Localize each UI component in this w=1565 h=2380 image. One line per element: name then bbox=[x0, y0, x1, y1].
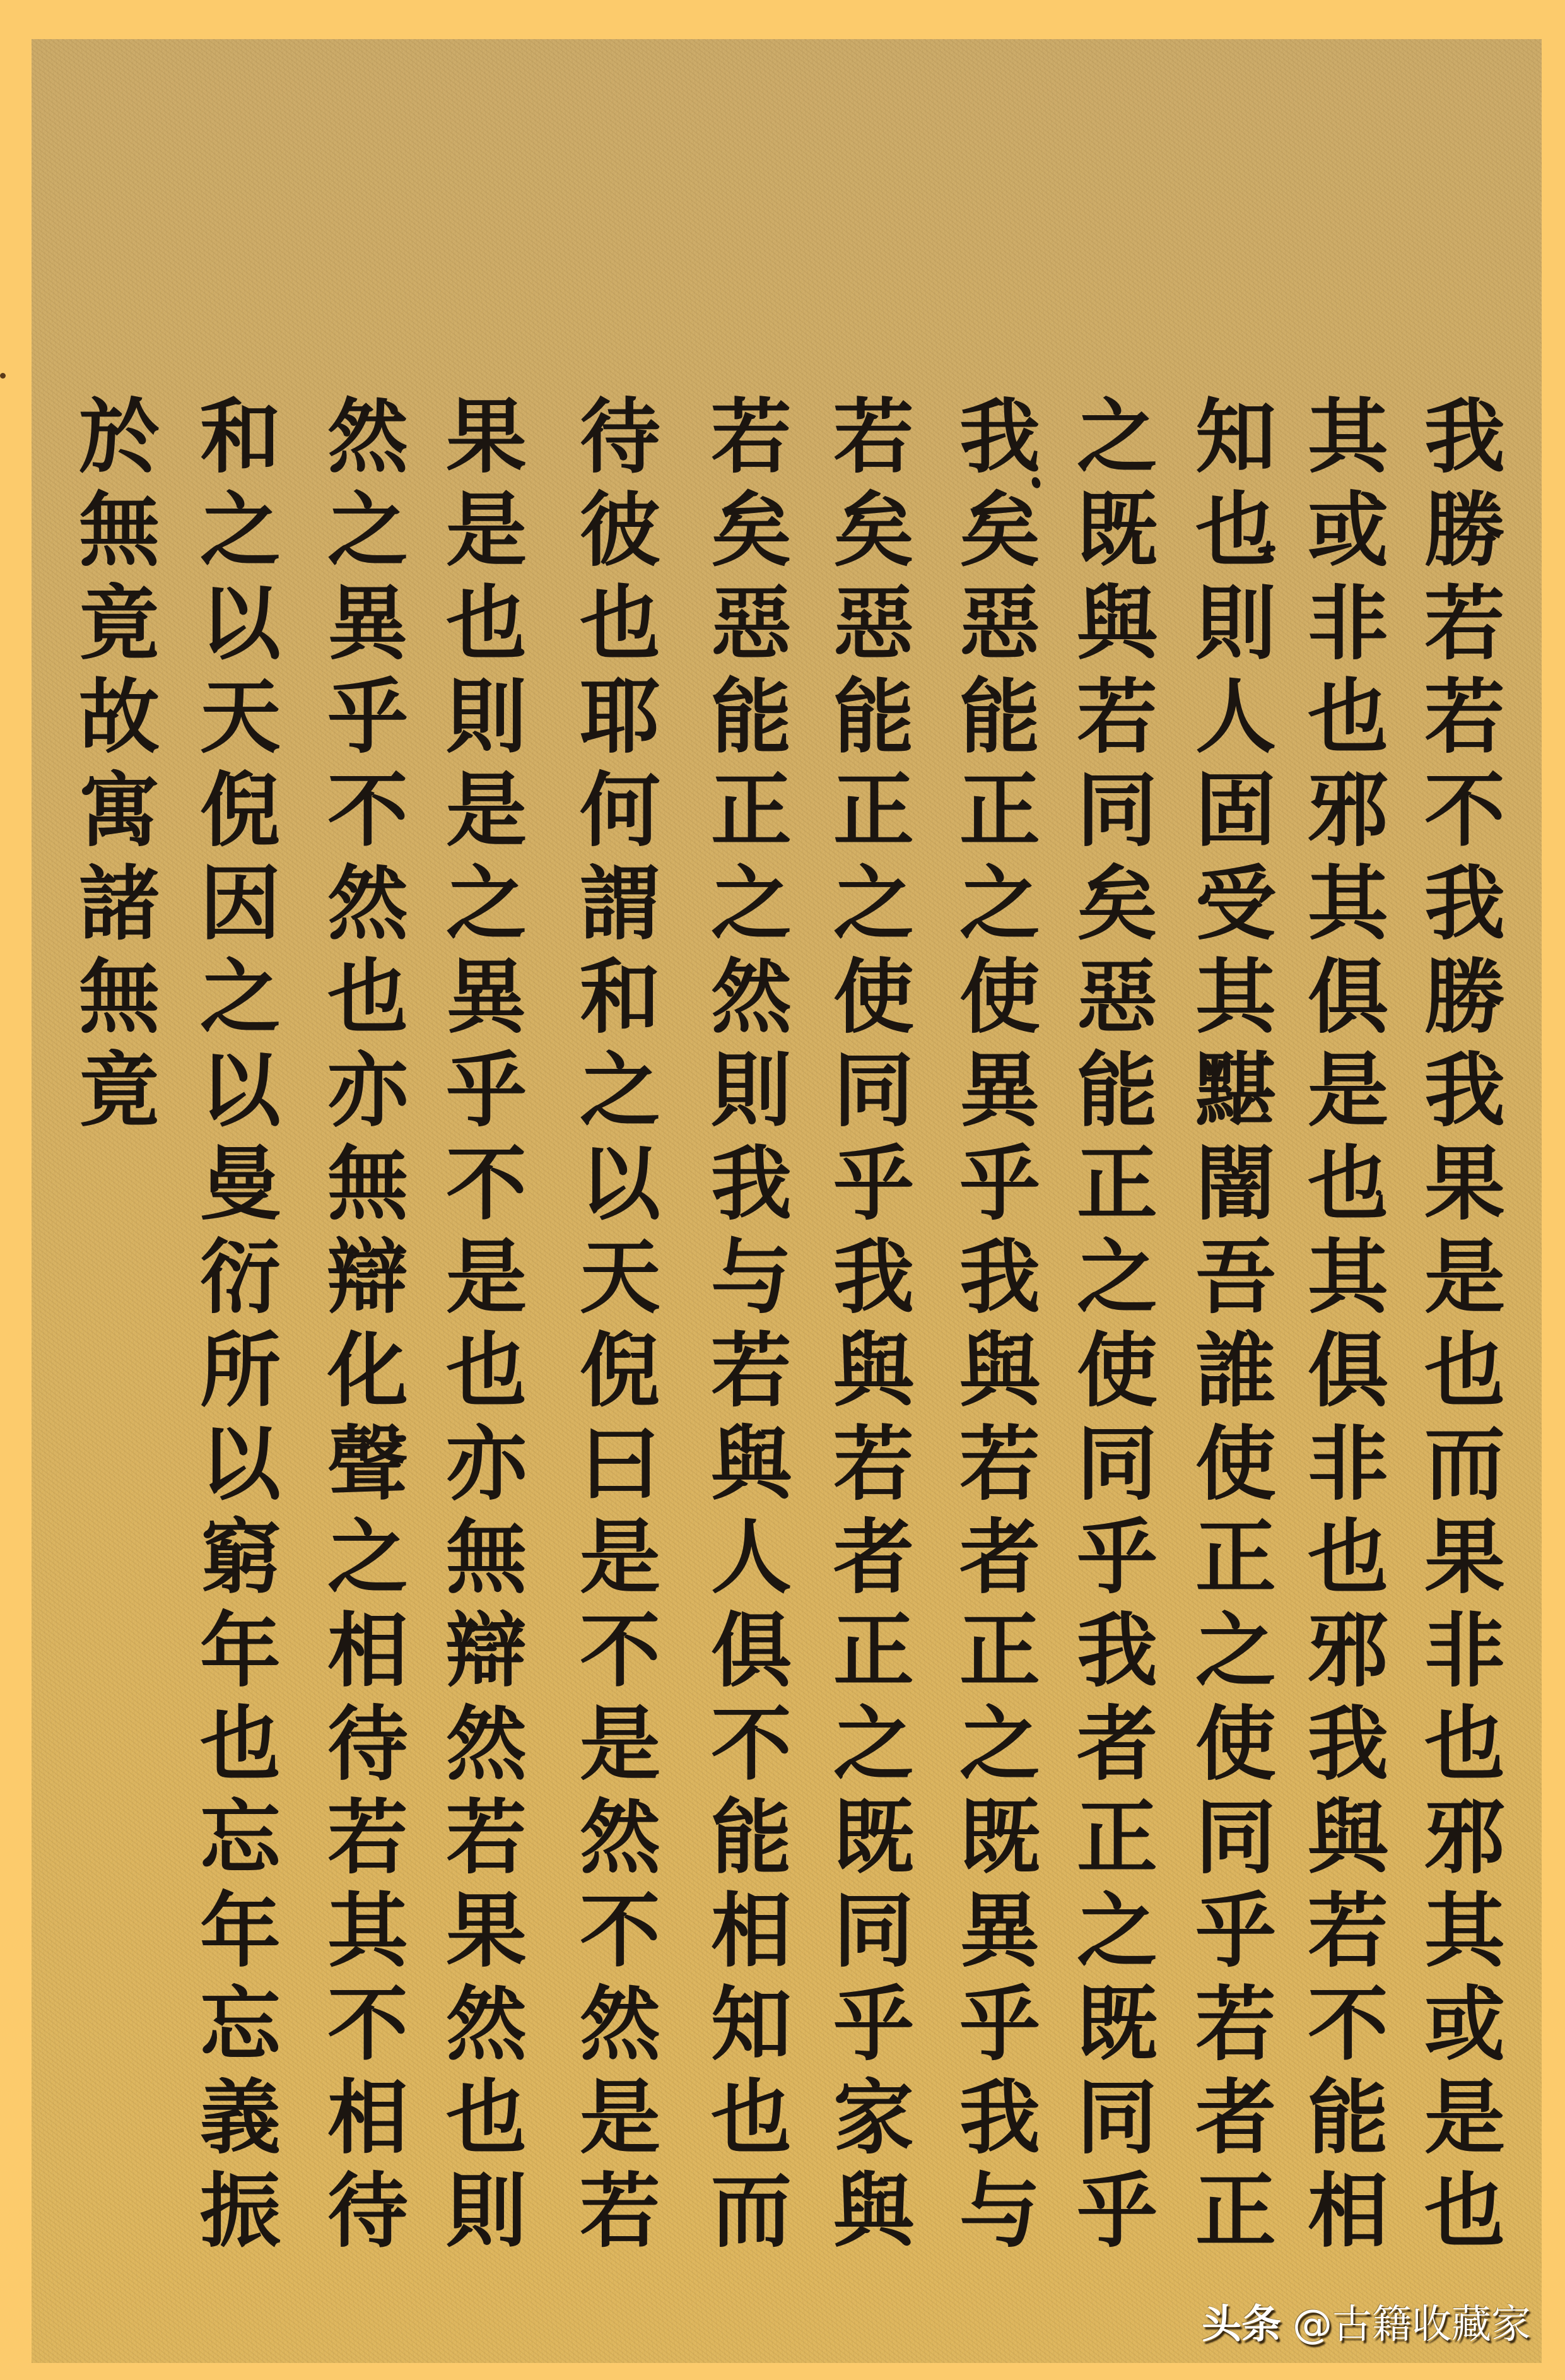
scanned-page: 我勝若若不我勝我果是也而果非也邪其或是也 其或非也邪其俱是也其俱非也邪我與若不能… bbox=[0, 0, 1565, 2380]
text-column-10: 然之異乎不然也亦無辯化聲之相待若其不相待 bbox=[320, 394, 401, 2337]
text-column-1: 我勝若若不我勝我果是也而果非也邪其或是也 bbox=[1417, 394, 1498, 2337]
text-column-7: 若矣惡能正之然則我与若與人俱不能相知也而 bbox=[704, 394, 785, 2337]
watermark-platform: 头条 bbox=[1202, 2301, 1281, 2347]
watermark: 头条@古籍收藏家 bbox=[1202, 2299, 1531, 2350]
text-column-11: 和之以天倪因之以曼衍所以窮年也忘年忘義振 bbox=[193, 394, 274, 2337]
punctuation-dot-mark bbox=[1376, 1190, 1381, 1196]
watermark-handle: @古籍收藏家 bbox=[1292, 2301, 1531, 2347]
text-column-3: 知也則人固受其黮闇吾誰使正之使同乎若者正 bbox=[1188, 394, 1269, 2337]
text-column-6: 若矣惡能正之使同乎我與若者正之既同乎家與 bbox=[826, 394, 907, 2337]
text-column-12: 於無竟故寓諸無竟 bbox=[72, 394, 153, 2337]
margin-ink-spot bbox=[0, 373, 6, 379]
text-column-5: 我矣惡能正之使異乎我與若者正之既異乎我与 bbox=[952, 394, 1033, 2337]
text-column-9: 果是也則是之異乎不是也亦無辯然若果然也則 bbox=[439, 394, 520, 2337]
text-column-4: 之既與若同矣惡能正之使同乎我者正之既同乎 bbox=[1070, 394, 1151, 2337]
text-column-2: 其或非也邪其俱是也其俱非也邪我與若不能相 bbox=[1301, 394, 1381, 2337]
text-column-8: 待彼也耶何謂和之以天倪曰是不是然不然是若 bbox=[573, 394, 654, 2337]
